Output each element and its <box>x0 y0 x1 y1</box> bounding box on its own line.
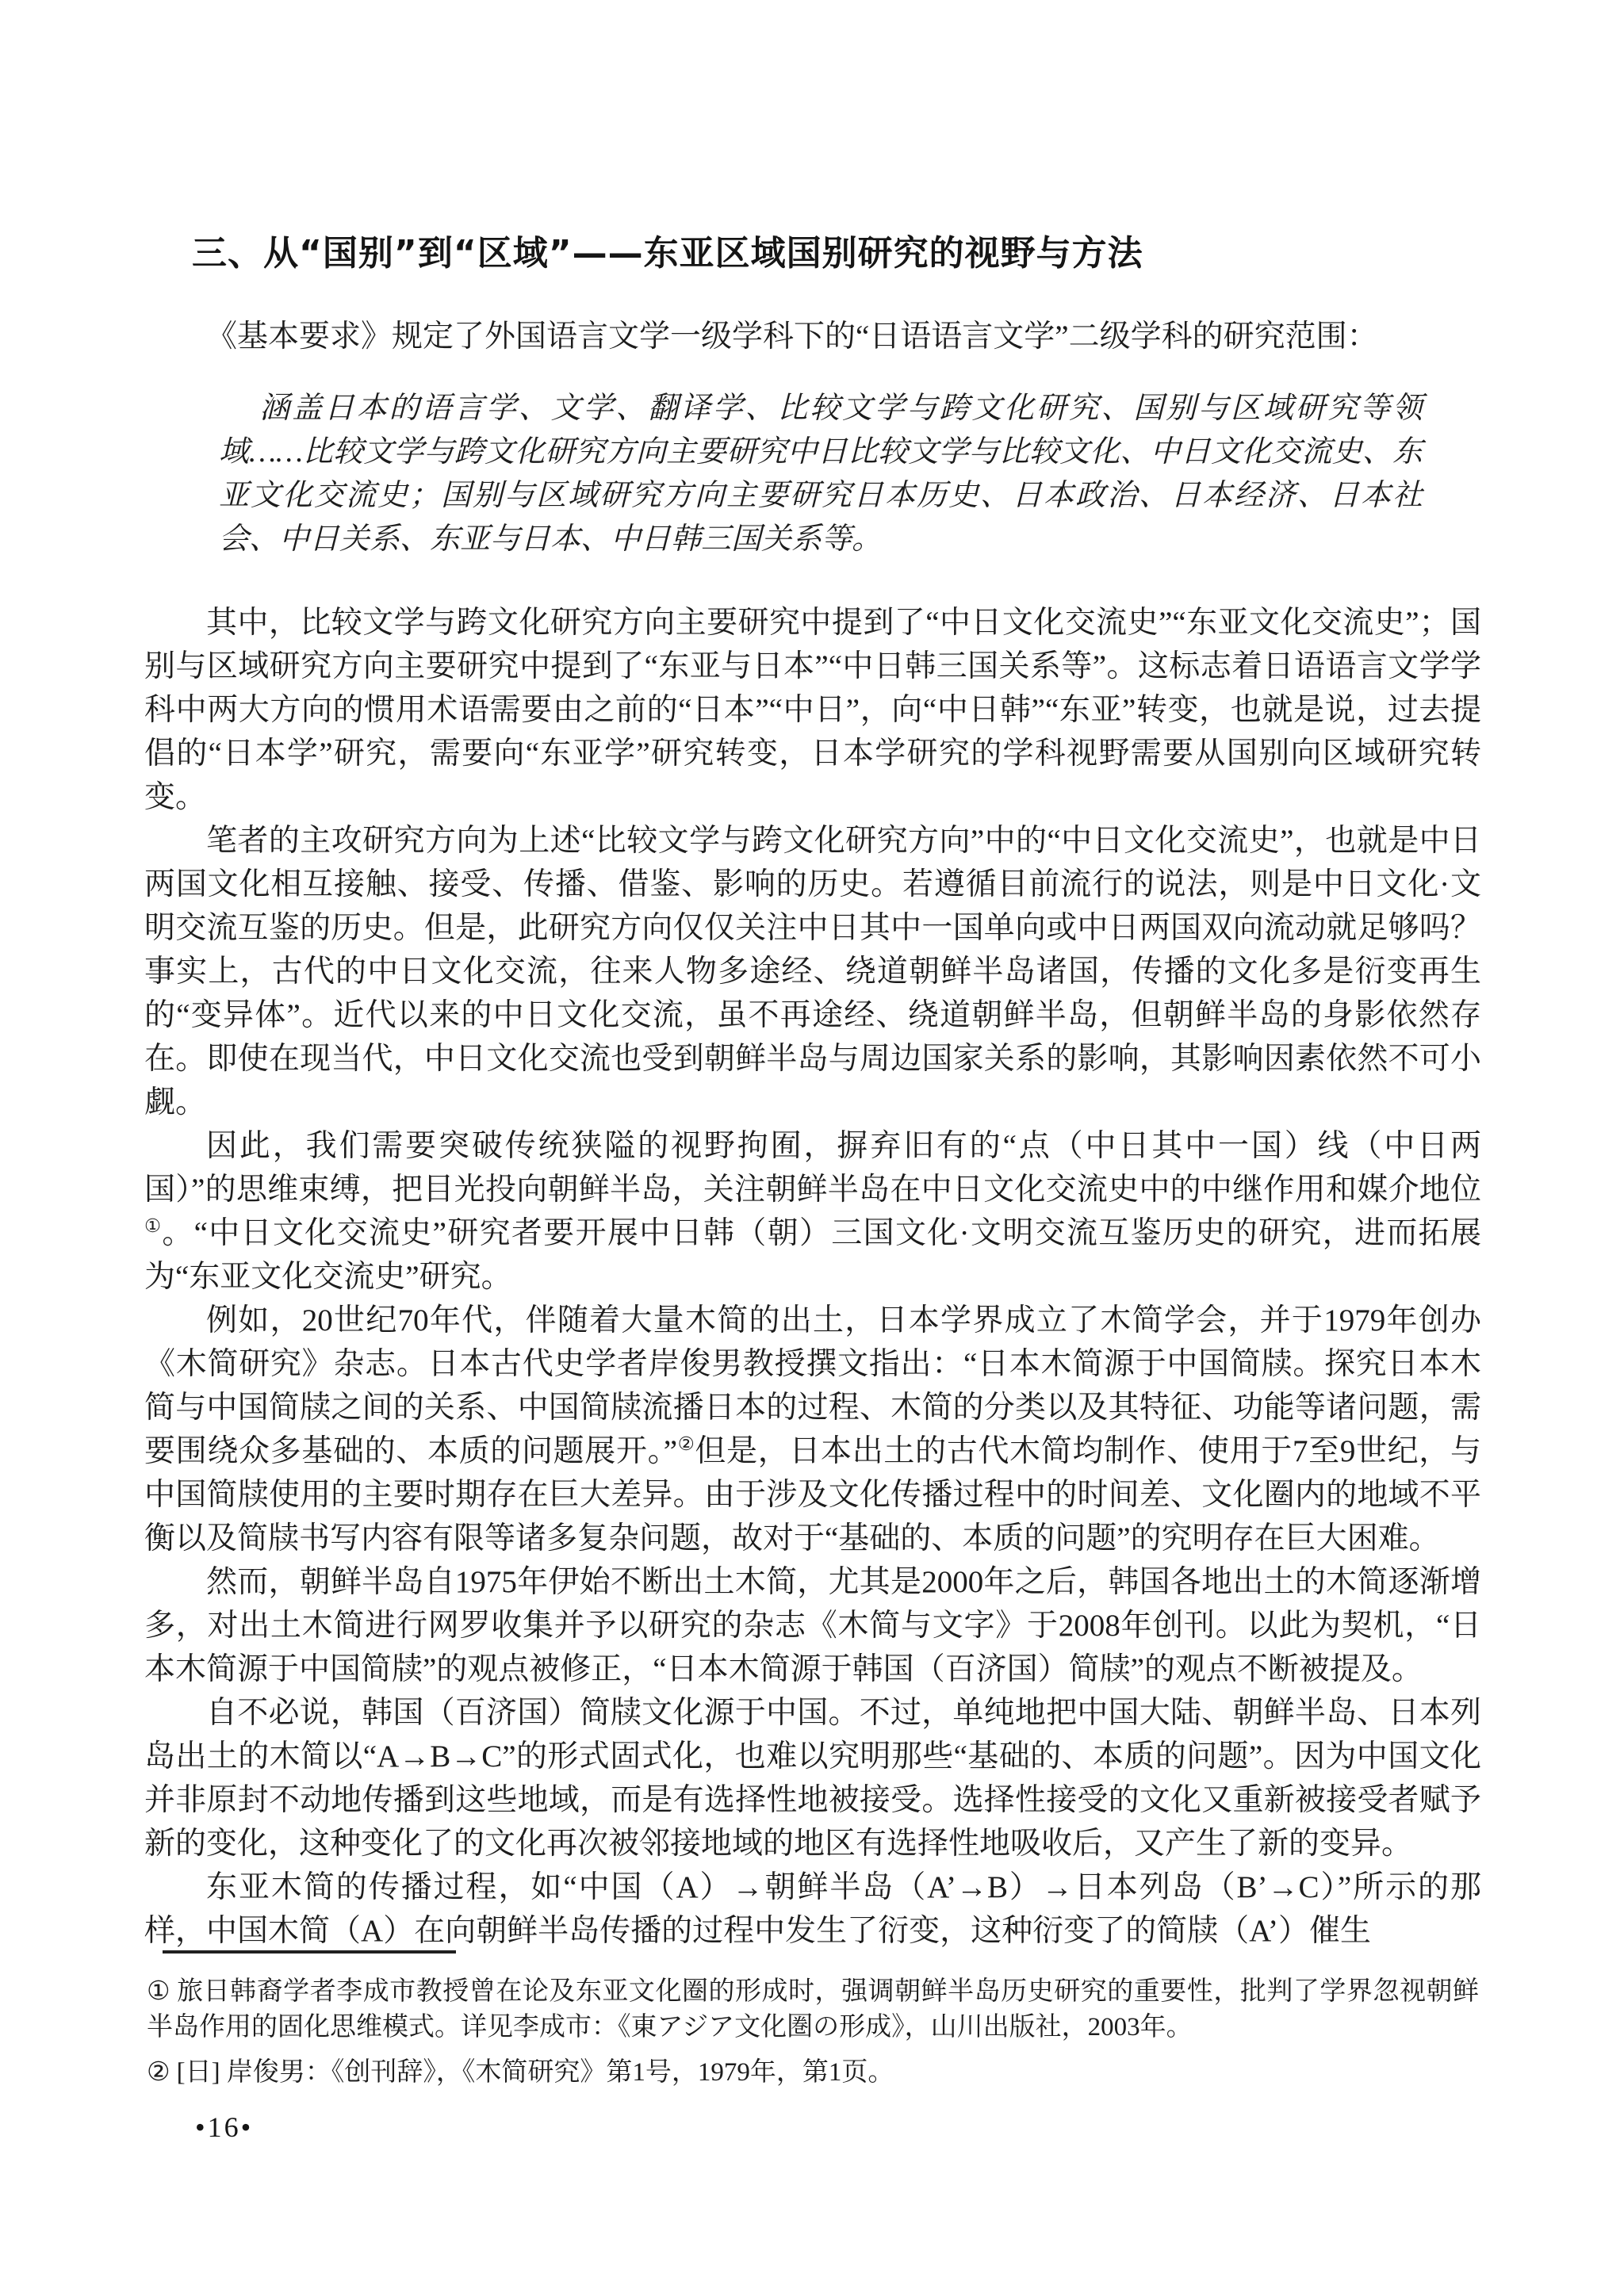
body-paragraph-8: 东亚木简的传播过程，如“中国（A）→朝鲜半岛（A’→B）→日本列岛（B’→C）”… <box>144 1865 1481 1953</box>
body-paragraph-2: 其中，比较文学与跨文化研究方向主要研究中提到了“中日文化交流史”“东亚文化交流史… <box>144 601 1481 819</box>
footnote-2: ②[日] 岸俊男：《创刊辞》，《木简研究》第1号，1979年，第1页。 <box>147 2055 1479 2091</box>
body-paragraph-5: 例如，20世纪70年代，伴随着大量木简的出土，日本学界成立了木简学会，并于197… <box>144 1299 1481 1560</box>
page-number: •16• <box>195 2110 253 2144</box>
footnote-1: ①旅日韩裔学者李成市教授曾在论及东亚文化圈的形成时，强调朝鲜半岛历史研究的重要性… <box>147 1974 1479 2045</box>
content-area: 三、从“国别”到“区域”——东亚区域国别研究的视野与方法 《基本要求》规定了外国… <box>144 231 1481 1953</box>
footnote-ref-2: ② <box>677 1434 695 1455</box>
paragraph-4-text: 因此，我们需要突破传统狭隘的视野拘囿，摒弃旧有的“点（中日其中一国）线（中日两国… <box>144 1129 1481 1207</box>
footnote-2-label: ② <box>147 2058 170 2087</box>
quote-text: 涵盖日本的语言学、文学、翻译学、比较文学与跨文化研究、国别与区域研究等领域……比… <box>219 387 1423 561</box>
quote-block: 涵盖日本的语言学、文学、翻译学、比较文学与跨文化研究、国别与区域研究等领域……比… <box>219 387 1423 561</box>
body-paragraph-6: 然而，朝鲜半岛自1975年伊始不断出土木简，尤其是2000年之后，韩国各地出土的… <box>144 1560 1481 1691</box>
section-heading: 三、从“国别”到“区域”——东亚区域国别研究的视野与方法 <box>144 231 1481 277</box>
body-paragraph-7: 自不必说，韩国（百济国）简牍文化源于中国。不过，单纯地把中国大陆、朝鲜半岛、日本… <box>144 1691 1481 1865</box>
paragraph-intro: 《基本要求》规定了外国语言文学一级学科下的“日语语言文学”二级学科的研究范围： <box>144 315 1481 358</box>
document-page: 三、从“国别”到“区域”——东亚区域国别研究的视野与方法 《基本要求》规定了外国… <box>0 0 1624 2296</box>
footnote-1-label: ① <box>147 1977 170 2006</box>
paragraph-4-text-continued: 。“中日文化交流史”研究者要开展中日韩（朝）三国文化·文明交流互鉴历史的研究，进… <box>144 1216 1481 1294</box>
footnote-2-text: [日] 岸俊男：《创刊辞》，《木简研究》第1号，1979年，第1页。 <box>177 2058 894 2087</box>
footnotes-section: ①旅日韩裔学者李成市教授曾在论及东亚文化圈的形成时，强调朝鲜半岛历史研究的重要性… <box>147 1950 1479 2091</box>
footnote-separator <box>163 1950 456 1954</box>
footnote-1-text: 旅日韩裔学者李成市教授曾在论及东亚文化圈的形成时，强调朝鲜半岛历史研究的重要性，… <box>147 1977 1479 2042</box>
footnote-ref-1: ① <box>144 1216 162 1237</box>
body-paragraph-4: 因此，我们需要突破传统狭隘的视野拘囿，摒弃旧有的“点（中日其中一国）线（中日两国… <box>144 1124 1481 1299</box>
body-paragraph-3: 笔者的主攻研究方向为上述“比较文学与跨文化研究方向”中的“中日文化交流史”，也就… <box>144 819 1481 1124</box>
